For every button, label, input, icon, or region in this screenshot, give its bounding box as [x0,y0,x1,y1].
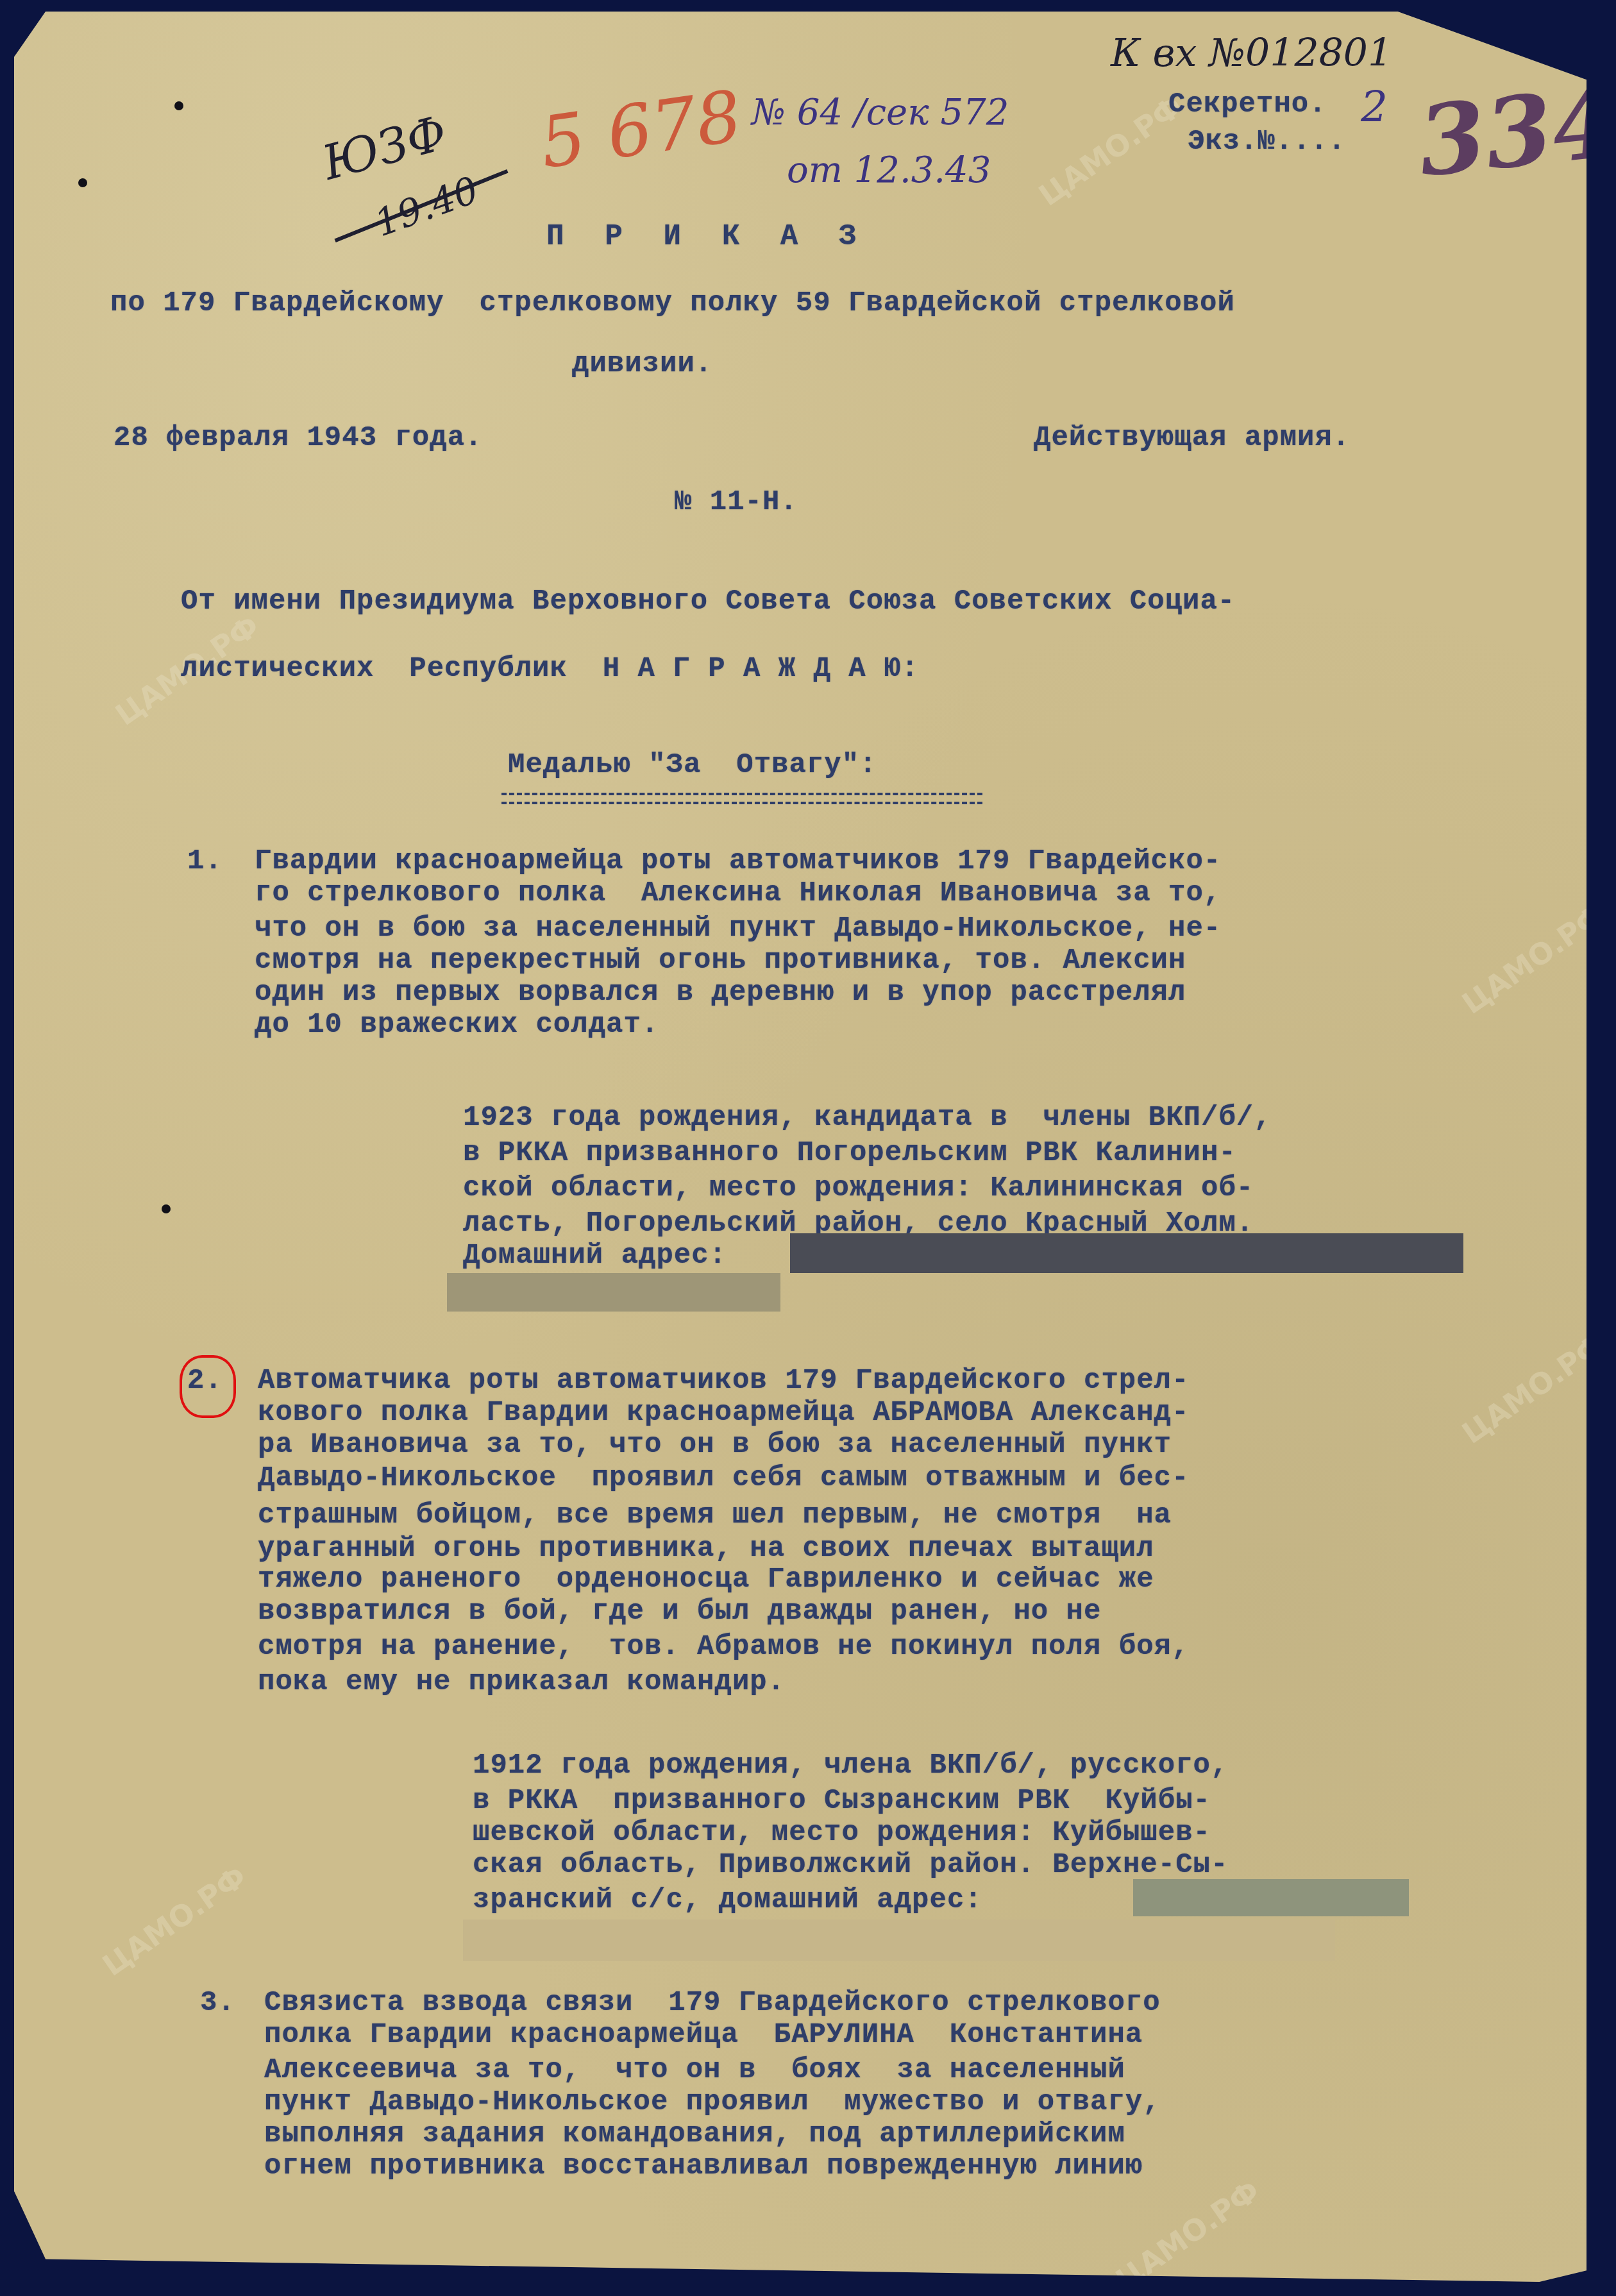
entry-line: Гвардии красноармейца роты автоматчиков … [255,845,1221,877]
entry-line: Связиста взвода связи 179 Гвардейского с… [264,1987,1161,2019]
handwritten-ref-date: от 12.3.43 [787,149,991,191]
watermark: ЦАМО.РФ [96,1859,253,1982]
entry-line: пункт Давыдо-Никольское проявил мужество… [264,2086,1161,2118]
watermark: ЦАМО.РФ [1456,1326,1612,1450]
entry-line: ра Ивановича за то, что он в бою за насе… [258,1429,1172,1461]
redacted-address [790,1233,1463,1273]
entry-line: до 10 вражеских солдат. [255,1009,659,1041]
award-heading-underline [501,793,982,804]
bio-line: ской области, место рождения: Калининска… [463,1172,1254,1204]
handwritten-ref-number: № 64 /сек 572 [752,92,1009,133]
handwritten-left-1: ЮЗФ [317,105,452,191]
preamble-line-2: листических Республик Н А Г Р А Ж Д А Ю: [181,653,919,685]
handwritten-red-mark: 5 678 [535,75,747,185]
entry-line: страшным бойцом, все время шел первым, н… [258,1499,1172,1532]
redacted-address-continued [463,1920,1335,1961]
subtitle-line-1: по 179 Гвардейскому стрелковому полку 59… [110,287,1235,319]
secrecy-label: Секретно. [1168,89,1327,121]
bio-line: Домашний адрес: [463,1240,727,1272]
entry-number: 2. [187,1365,223,1397]
entry-line: ураганный огонь противника, на своих пле… [258,1533,1154,1565]
entry-line: пока ему не приказал командир. [258,1666,785,1698]
order-number: № 11-Н. [675,486,798,518]
order-location: Действующая армия. [1034,422,1350,454]
document-page: ЦАМО.РФ ЦАМО.РФ ЦАМО.РФ ЦАМО.РФ ЦАМО.РФ … [14,12,1587,2282]
page-number: 334 [1413,65,1616,199]
entry-line: кового полка Гвардии красноармейца АБРАМ… [258,1397,1189,1429]
punch-hole [78,178,87,187]
entry-line: огнем противника восстанавливал поврежде… [264,2150,1143,2182]
preamble-line-1: От имени Президиума Верховного Совета Со… [181,586,1235,618]
handwritten-left-2: 19.40 [369,168,484,246]
entry-line: что он в бою за населенный пункт Давыдо-… [255,913,1221,945]
page-title: П Р И К А З [546,220,868,253]
entry-line: полка Гвардии красноармейца БАРУЛИНА Кон… [264,2019,1143,2051]
entry-line: Давыдо-Никольское проявил себя самым отв… [258,1462,1189,1494]
bio-line: 1912 года рождения, члена ВКП/б/, русско… [473,1750,1228,1782]
entry-number: 3. [200,1987,235,2019]
handwritten-incoming-number: К вх №012801 [1111,31,1392,76]
watermark: ЦАМО.РФ [1032,89,1189,212]
bio-line: шевской области, место рождения: Куйбыше… [473,1817,1211,1849]
entry-line: го стрелкового полка Алексина Николая Ив… [255,877,1221,909]
entry-line: один из первых ворвался в деревню и в уп… [255,977,1186,1009]
bio-line: в РККА призванного Сызранским РВК Куйбы- [473,1785,1211,1817]
secrecy-mark: 2 [1361,82,1388,131]
copy-label: Экз.№.... [1188,126,1346,158]
entry-line: смотря на перекрестный огонь противника,… [255,945,1186,977]
subtitle-line-2: дивизии. [572,348,712,380]
entry-line: Алексеевича за то, что он в боях за насе… [264,2054,1125,2086]
order-date: 28 февраля 1943 года. [114,422,483,454]
bio-line: в РККА призванного Погорельским РВК Кали… [463,1137,1236,1169]
entry-line: тяжело раненого орденоносца Гавриленко и… [258,1564,1154,1596]
watermark: ЦАМО.РФ [1456,897,1612,1020]
redacted-address-continued [447,1273,780,1312]
bio-line: 1923 года рождения, кандидата в члены ВК… [463,1102,1272,1134]
watermark: ЦАМО.РФ [1109,2173,1266,2296]
entry-line: Автоматчика роты автоматчиков 179 Гварде… [258,1365,1189,1397]
entry-number: 1. [187,845,223,877]
entry-line: выполняя задания командования, под артил… [264,2118,1125,2150]
award-heading: Медалью "За Отвагу": [508,749,877,781]
punch-hole [162,1204,171,1213]
entry-line: смотря на ранение, тов. Абрамов не покин… [258,1631,1189,1663]
bio-line: ская область, Приволжский район. Верхне-… [473,1849,1228,1881]
entry-line: возвратился в бой, где и был дважды ране… [258,1596,1101,1628]
redacted-address [1133,1879,1409,1916]
punch-hole [174,101,183,110]
bio-line: зранский с/с, домашний адрес: [473,1884,982,1916]
